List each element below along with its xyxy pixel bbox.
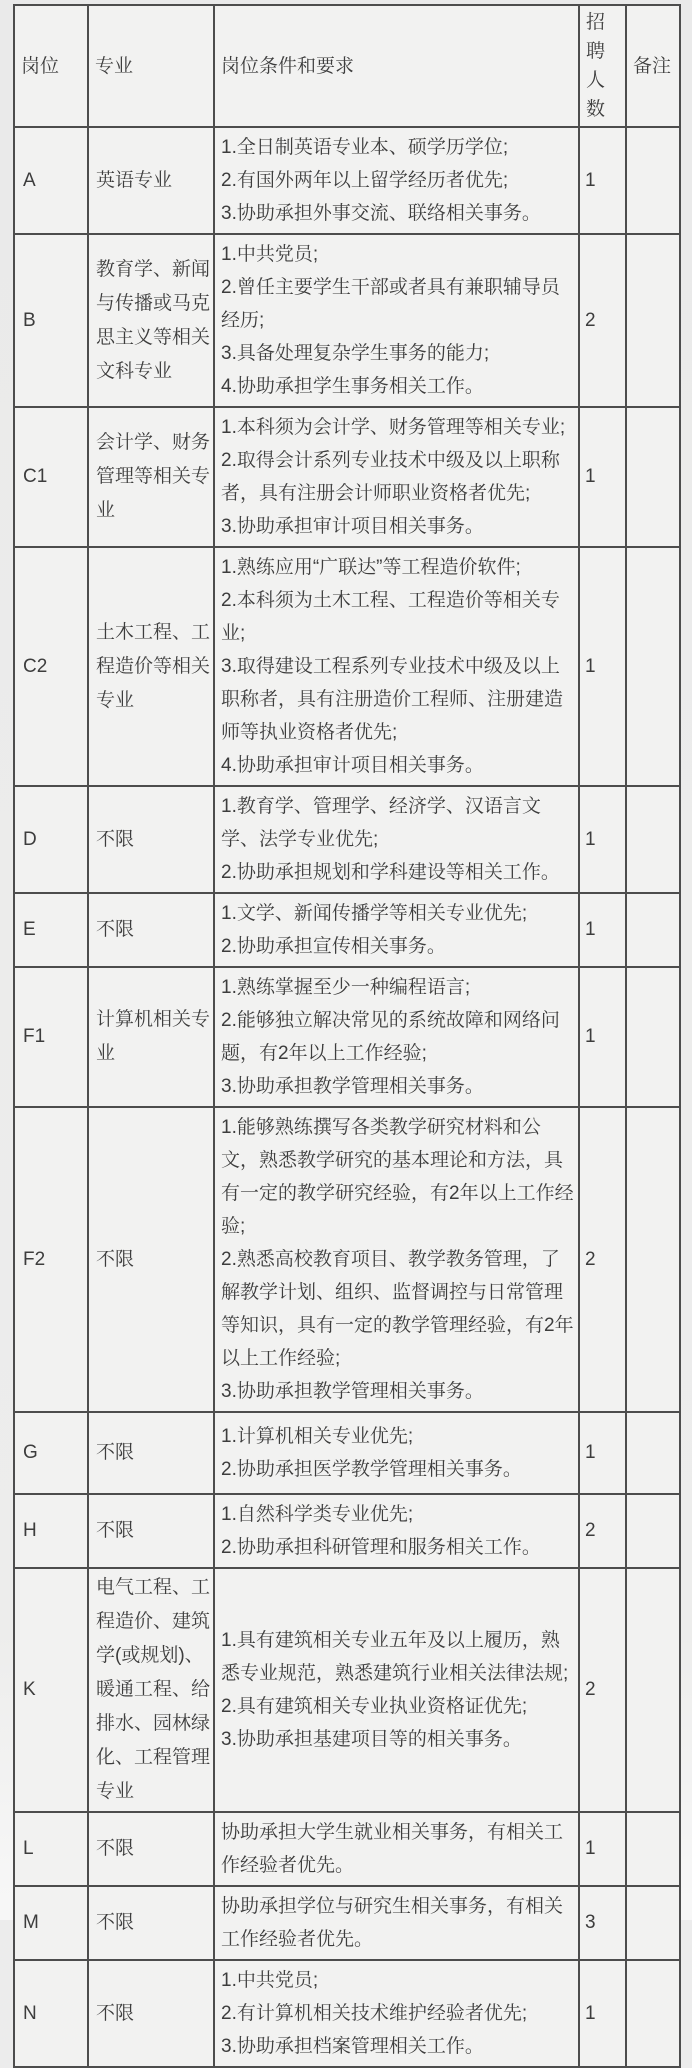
major-cell: 计算机相关专业 [88,967,214,1107]
position-cell: F1 [14,967,88,1107]
major-cell: 不限 [88,1812,214,1886]
note-cell [626,786,680,893]
note-cell [626,234,680,407]
position-cell: D [14,786,88,893]
table-row-f2: F2 不限 1.能够熟练撰写各类教学研究材料和公文，熟悉教学研究的基本理论和方法… [14,1107,680,1412]
requirements-cell: 1.自然科学类专业优先; 2.协助承担科研管理和服务相关工作。 [214,1494,579,1568]
requirements-cell: 1.中共党员; 2.曾任主要学生干部或者具有兼职辅导员经历; 3.具备处理复杂学… [214,234,579,407]
requirements-cell: 协助承担大学生就业相关事务，有相关工作经验者优先。 [214,1812,579,1886]
requirements-cell: 1.具有建筑相关专业五年及以上履历，熟悉专业规范，熟悉建筑行业相关法律法规; 2… [214,1568,579,1812]
note-cell [626,127,680,234]
position-cell: B [14,234,88,407]
headcount-cell: 1 [579,893,626,967]
major-cell: 不限 [88,1107,214,1412]
position-cell: A [14,127,88,234]
position-cell: C1 [14,407,88,547]
table-row-h: H 不限 1.自然科学类专业优先; 2.协助承担科研管理和服务相关工作。 2 [14,1494,680,1568]
note-cell [626,1960,680,2067]
position-cell: C2 [14,547,88,786]
header-headcount: 招聘人数 [579,5,626,127]
requirements-cell: 1.全日制英语专业本、硕学历学位; 2.有国外两年以上留学经历者优先; 3.协助… [214,127,579,234]
major-cell: 教育学、新闻与传播或马克思主义等相关文科专业 [88,234,214,407]
table-row-d: D 不限 1.教育学、管理学、经济学、汉语言文学、法学专业优先; 2.协助承担规… [14,786,680,893]
table-row-g: G 不限 1.计算机相关专业优先; 2.协助承担医学教学管理相关事务。 1 [14,1412,680,1494]
headcount-cell: 1 [579,1812,626,1886]
major-cell: 土木工程、工程造价等相关专业 [88,547,214,786]
major-cell: 不限 [88,1412,214,1494]
major-cell: 不限 [88,1960,214,2067]
major-cell: 不限 [88,786,214,893]
requirements-cell: 1.计算机相关专业优先; 2.协助承担医学教学管理相关事务。 [214,1412,579,1494]
table-row-e: E 不限 1.文学、新闻传播学等相关专业优先; 2.协助承担宣传相关事务。 1 [14,893,680,967]
note-cell [626,893,680,967]
major-cell: 英语专业 [88,127,214,234]
position-cell: G [14,1412,88,1494]
table-row-f1: F1 计算机相关专业 1.熟练掌握至少一种编程语言; 2.能够独立解决常见的系统… [14,967,680,1107]
headcount-cell: 1 [579,967,626,1107]
header-note: 备注 [626,5,680,127]
major-cell: 会计学、财务管理等相关专业 [88,407,214,547]
table-row-c2: C2 土木工程、工程造价等相关专业 1.熟练应用“广联达”等工程造价软件; 2.… [14,547,680,786]
headcount-cell: 1 [579,1412,626,1494]
recruitment-table: 岗位 专业 岗位条件和要求 招聘人数 备注 A 英语专业 1.全日制英语专业本、… [13,4,681,2068]
table-row-c1: C1 会计学、财务管理等相关专业 1.本科须为会计学、财务管理等相关专业; 2.… [14,407,680,547]
position-cell: M [14,1886,88,1960]
headcount-cell: 1 [579,1960,626,2067]
requirements-cell: 1.熟练应用“广联达”等工程造价软件; 2.本科须为土木工程、工程造价等相关专业… [214,547,579,786]
headcount-cell: 2 [579,1494,626,1568]
headcount-cell: 2 [579,1568,626,1812]
note-cell [626,967,680,1107]
requirements-cell: 1.熟练掌握至少一种编程语言; 2.能够独立解决常见的系统故障和网络问题，有2年… [214,967,579,1107]
note-cell [626,407,680,547]
position-cell: N [14,1960,88,2067]
scanned-page-background: 岗位 专业 岗位条件和要求 招聘人数 备注 A 英语专业 1.全日制英语专业本、… [0,0,692,1920]
major-cell: 不限 [88,893,214,967]
requirements-cell: 1.本科须为会计学、财务管理等相关专业; 2.取得会计系列专业技术中级及以上职称… [214,407,579,547]
position-cell: K [14,1568,88,1812]
headcount-cell: 1 [579,786,626,893]
position-cell: L [14,1812,88,1886]
major-cell: 电气工程、工程造价、建筑学(或规划)、暖通工程、给排水、园林绿化、工程管理专业 [88,1568,214,1812]
headcount-cell: 2 [579,1107,626,1412]
position-cell: H [14,1494,88,1568]
headcount-cell: 3 [579,1886,626,1960]
note-cell [626,1886,680,1960]
header-major: 专业 [88,5,214,127]
table-row-b: B 教育学、新闻与传播或马克思主义等相关文科专业 1.中共党员; 2.曾任主要学… [14,234,680,407]
headcount-cell: 1 [579,407,626,547]
headcount-cell: 1 [579,547,626,786]
table-row-a: A 英语专业 1.全日制英语专业本、硕学历学位; 2.有国外两年以上留学经历者优… [14,127,680,234]
header-requirements: 岗位条件和要求 [214,5,579,127]
note-cell [626,1412,680,1494]
requirements-cell: 1.能够熟练撰写各类教学研究材料和公文，熟悉教学研究的基本理论和方法，具有一定的… [214,1107,579,1412]
headcount-cell: 2 [579,234,626,407]
table-row-n: N 不限 1.中共党员; 2.有计算机相关技术维护经验者优先; 3.协助承担档案… [14,1960,680,2067]
header-position: 岗位 [14,5,88,127]
major-cell: 不限 [88,1886,214,1960]
position-cell: E [14,893,88,967]
note-cell [626,547,680,786]
headcount-cell: 1 [579,127,626,234]
requirements-cell: 协助承担学位与研究生相关事务，有相关工作经验者优先。 [214,1886,579,1960]
requirements-cell: 1.文学、新闻传播学等相关专业优先; 2.协助承担宣传相关事务。 [214,893,579,967]
note-cell [626,1812,680,1886]
table-row-k: K 电气工程、工程造价、建筑学(或规划)、暖通工程、给排水、园林绿化、工程管理专… [14,1568,680,1812]
major-cell: 不限 [88,1494,214,1568]
table-header-row: 岗位 专业 岗位条件和要求 招聘人数 备注 [14,5,680,127]
note-cell [626,1568,680,1812]
position-cell: F2 [14,1107,88,1412]
requirements-cell: 1.教育学、管理学、经济学、汉语言文学、法学专业优先; 2.协助承担规划和学科建… [214,786,579,893]
requirements-cell: 1.中共党员; 2.有计算机相关技术维护经验者优先; 3.协助承担档案管理相关工… [214,1960,579,2067]
note-cell [626,1494,680,1568]
table-row-m: M 不限 协助承担学位与研究生相关事务，有相关工作经验者优先。 3 [14,1886,680,1960]
table-row-l: L 不限 协助承担大学生就业相关事务，有相关工作经验者优先。 1 [14,1812,680,1886]
note-cell [626,1107,680,1412]
